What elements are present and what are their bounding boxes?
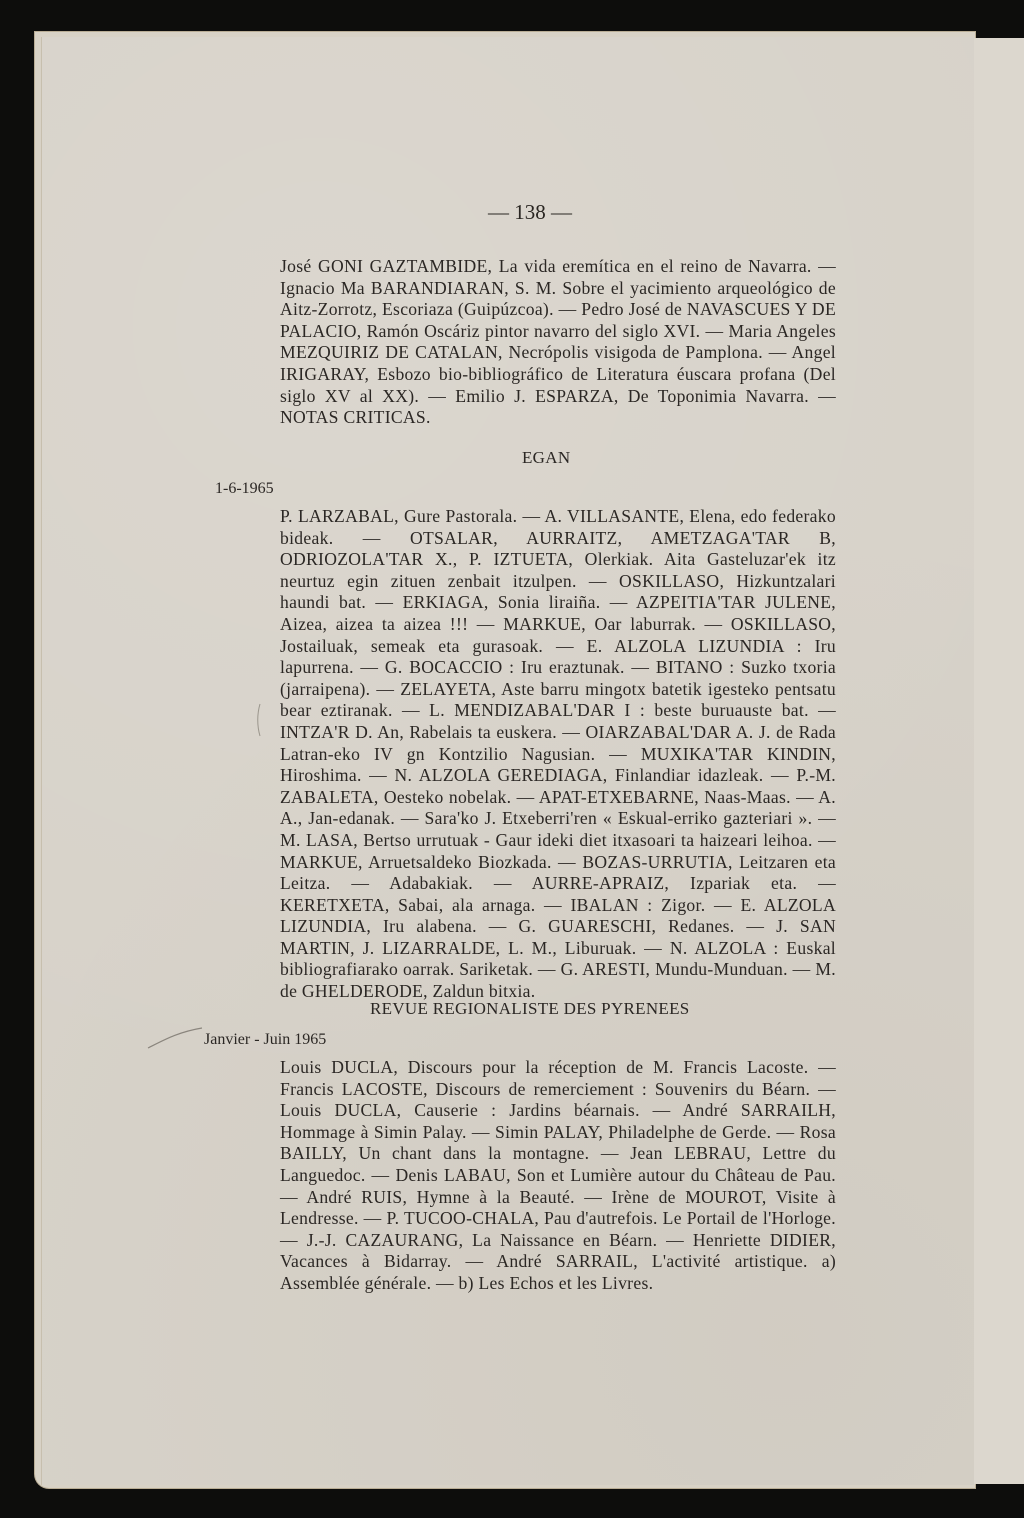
section-title-revue: REVUE REGIONALISTE DES PYRENEES xyxy=(370,999,690,1019)
intro-paragraph: José GONI GAZTAMBIDE, La vida eremítica … xyxy=(280,256,836,429)
section-title-egan: EGAN xyxy=(522,448,570,468)
pencil-stroke-mark xyxy=(146,1026,206,1052)
scanned-book-spread: — 138 — José GONI GAZTAMBIDE, La vida er… xyxy=(0,0,1024,1518)
section-date-egan: 1-6-1965 xyxy=(215,480,274,498)
revue-paragraph: Louis DUCLA, Discours pour la réception … xyxy=(280,1057,836,1295)
section-date-revue: Janvier - Juin 1965 xyxy=(204,1031,326,1049)
page-number: — 138 — xyxy=(480,200,580,225)
margin-pencil-mark xyxy=(254,702,266,738)
facing-page-edge xyxy=(973,38,1024,1484)
egan-paragraph: P. LARZABAL, Gure Pastorala. — A. VILLAS… xyxy=(280,506,836,1003)
